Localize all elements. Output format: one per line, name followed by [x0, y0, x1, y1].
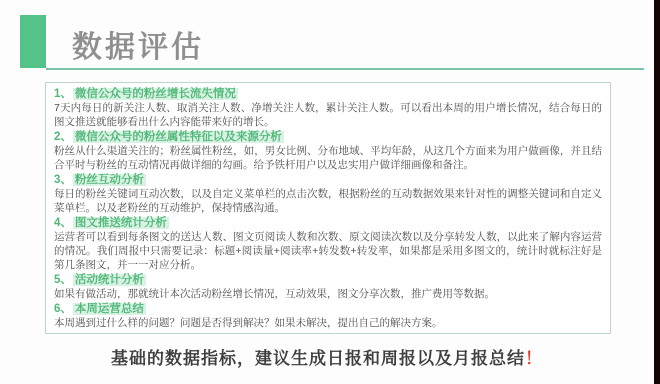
slide-header: 数据评估	[0, 0, 650, 70]
section-6: 6、本周运营总结 本周遇到过什么样的问题？问题是否得到解决？如果未解决，提出自己…	[54, 302, 602, 330]
section-1-body: 7天内每日的新关注人数、取消关注人数、净增关注人数，累计关注人数。可以看出本周的…	[54, 101, 602, 129]
section-4-body: 运营者可以看到每条图文的送达人数、图文页阅读人数和次数、原文阅读次数以及分享转发…	[54, 230, 602, 272]
section-1: 1、微信公众号的粉丝增长流失情况 7天内每日的新关注人数、取消关注人数、净增关注…	[54, 87, 602, 129]
section-6-heading: 6、本周运营总结	[54, 302, 602, 316]
section-3-body: 每日的粉丝关键词互动次数，以及自定义菜单栏的点击次数，根据粉丝的互动数据效果来针…	[54, 187, 602, 215]
right-edge-strip	[654, 0, 660, 384]
section-3-title: 粉丝互动分析	[73, 174, 146, 186]
section-1-number: 1、	[54, 88, 73, 100]
section-5-number: 5、	[54, 274, 73, 286]
content-box: 1、微信公众号的粉丝增长流失情况 7天内每日的新关注人数、取消关注人数、净增关注…	[45, 82, 611, 334]
title-underline	[46, 68, 644, 70]
footer-summary: 基础的数据指标，建议生成日报和周报以及月报总结！	[0, 344, 654, 369]
section-2-heading: 2、微信公众号的粉丝属性特征以及来源分析	[54, 130, 602, 144]
footer-exclamation: ！	[525, 349, 543, 368]
section-2-body: 粉丝从什么渠道关注的；粉丝属性粉丝，如，男女比例、分布地域、平均年龄，从这几个方…	[54, 144, 602, 172]
section-6-title: 本周运营总结	[73, 303, 146, 315]
section-3-number: 3、	[54, 174, 73, 186]
section-4-title: 图文推送统计分析	[73, 217, 169, 229]
title-accent-square	[20, 15, 46, 68]
section-2: 2、微信公众号的粉丝属性特征以及来源分析 粉丝从什么渠道关注的；粉丝属性粉丝，如…	[54, 130, 602, 172]
section-2-title: 微信公众号的粉丝属性特征以及来源分析	[73, 131, 284, 143]
section-3-heading: 3、粉丝互动分析	[54, 173, 602, 187]
section-5: 5、活动统计分析 如果有做活动，那就统计本次活动粉丝增长情况，互动效果，图文分享…	[54, 273, 602, 301]
section-5-heading: 5、活动统计分析	[54, 273, 602, 287]
section-1-title: 微信公众号的粉丝增长流失情况	[73, 88, 238, 100]
section-5-body: 如果有做活动，那就统计本次活动粉丝增长情况，互动效果，图文分享次数，推广费用等数…	[54, 287, 602, 301]
section-2-number: 2、	[54, 131, 73, 143]
section-5-title: 活动统计分析	[73, 274, 146, 286]
page-title: 数据评估	[72, 22, 204, 66]
section-1-heading: 1、微信公众号的粉丝增长流失情况	[54, 87, 602, 101]
section-4-heading: 4、图文推送统计分析	[54, 216, 602, 230]
section-6-body: 本周遇到过什么样的问题？问题是否得到解决？如果未解决，提出自己的解决方案。	[54, 316, 602, 330]
section-3: 3、粉丝互动分析 每日的粉丝关键词互动次数，以及自定义菜单栏的点击次数，根据粉丝…	[54, 173, 602, 215]
section-4: 4、图文推送统计分析 运营者可以看到每条图文的送达人数、图文页阅读人数和次数、原…	[54, 216, 602, 272]
footer-text: 基础的数据指标，建议生成日报和周报以及月报总结	[111, 349, 525, 368]
section-4-number: 4、	[54, 217, 73, 229]
section-6-number: 6、	[54, 303, 73, 315]
